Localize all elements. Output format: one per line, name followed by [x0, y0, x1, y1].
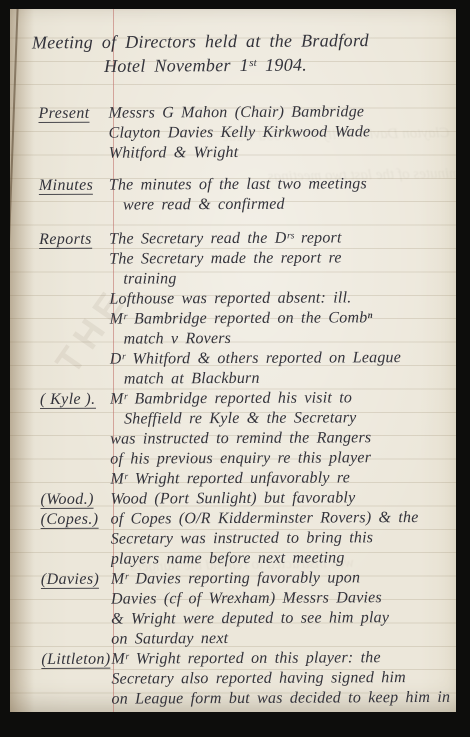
- row-text: on League form but was decided to keep h…: [111, 688, 456, 710]
- row-text: The Secretary made the report re: [109, 248, 455, 270]
- row-text: Mʳ Wright reported on this player: the: [111, 648, 456, 670]
- row-text: were read & confirmed: [109, 194, 455, 216]
- minutes-row: training: [10, 268, 455, 290]
- row-text: The minutes of the last two meetings: [109, 174, 455, 196]
- minutes-row: match v Rovers: [10, 328, 456, 350]
- row-margin-label: Present: [10, 104, 109, 125]
- row-text: The Secretary read the Dʳˢ report: [109, 228, 455, 250]
- minutes-row: (Littleton) Mʳ Wright reported on this p…: [11, 648, 456, 670]
- row-margin-label: [10, 144, 109, 165]
- meeting-heading: Meeting of Directors held at the Bradfor…: [32, 28, 452, 79]
- row-margin-label: [11, 630, 111, 651]
- minutes-row: Mʳ Bambridge reported on the Combⁿ: [10, 308, 456, 330]
- row-margin-label: [10, 350, 110, 371]
- row-text: Davies (cf of Wrexham) Messrs Davies: [111, 588, 456, 610]
- row-margin-label: [10, 450, 110, 471]
- minutes-row: Present Messrs G Mahon (Chair) Bambridge: [10, 102, 455, 124]
- row-text: Mʳ Davies reporting favorably upon: [111, 568, 456, 590]
- row-text: of his previous enquiry re this player: [110, 448, 456, 470]
- minutes-row: The Secretary made the report re: [10, 248, 455, 270]
- row-text: Clayton Davies Kelly Kirkwood Wade: [109, 122, 455, 144]
- row-margin-label: (Wood.): [10, 490, 110, 511]
- minutes-row: Reports The Secretary read the Dʳˢ repor…: [10, 228, 455, 250]
- row-text: of Copes (O/R Kidderminster Rovers) & th…: [111, 508, 456, 530]
- minutes-row: were read & confirmed: [10, 194, 455, 216]
- row-text: players name before next meeting: [111, 548, 456, 570]
- minutes-row: Minutes The minutes of the last two meet…: [10, 174, 455, 196]
- minutes-row: Sheffield re Kyle & the Secretary: [10, 408, 456, 430]
- row-margin-label: Reports: [10, 230, 109, 251]
- row-margin-label: [11, 590, 111, 611]
- minutes-row: Clayton Davies Kelly Kirkwood Wade: [10, 122, 455, 144]
- row-text: match v Rovers: [110, 328, 456, 350]
- row-text: Messrs G Mahon (Chair) Bambridge: [108, 102, 454, 124]
- minutes-row: match at Blackburn: [10, 368, 456, 390]
- row-margin-label: [11, 550, 111, 571]
- row-text: Dʳ Whitford & others reported on League: [110, 348, 456, 370]
- row-margin-label: [10, 470, 110, 491]
- row-margin-label: [11, 610, 111, 631]
- row-text: Mʳ Bambridge reported on the Combⁿ: [109, 308, 455, 330]
- row-text: match at Blackburn: [110, 368, 456, 390]
- notebook-page: THE Clayton Davies Kelly Kirkwood Wade T…: [10, 9, 456, 712]
- heading-line-2: Hotel November 1ˢᵗ 1904.: [32, 52, 452, 79]
- heading-line-1: Meeting of Directors held at the Bradfor…: [32, 30, 369, 52]
- minutes-row: Secretary was instructed to bring this: [11, 528, 456, 550]
- row-text: Sheffield re Kyle & the Secretary: [110, 408, 456, 430]
- minutes-rows: Present Messrs G Mahon (Chair) Bambridge…: [10, 102, 456, 710]
- row-margin-label: [10, 290, 109, 311]
- minutes-row: Lofthouse was reported absent: ill.: [10, 288, 455, 310]
- row-margin-label: Minutes: [10, 176, 109, 197]
- row-text: Lofthouse was reported absent: ill.: [109, 288, 455, 310]
- row-margin-label: [10, 124, 109, 145]
- minutes-row: on Saturday next: [11, 628, 456, 650]
- row-margin-label: (Davies): [11, 570, 111, 591]
- row-text: Secretary was instructed to bring this: [111, 528, 456, 550]
- minutes-row: Secretary also reported having signed hi…: [11, 668, 456, 690]
- row-text: on Saturday next: [111, 628, 456, 650]
- scanned-photo-frame: THE Clayton Davies Kelly Kirkwood Wade T…: [0, 0, 470, 737]
- row-margin-label: [10, 196, 109, 217]
- row-text: training: [109, 268, 455, 290]
- minutes-row: ( Kyle ). Mʳ Bambridge reported his visi…: [10, 388, 456, 410]
- row-margin-label: [10, 250, 109, 271]
- minutes-row: Dʳ Whitford & others reported on League: [10, 348, 456, 370]
- minutes-row: (Copes.) of Copes (O/R Kidderminster Rov…: [11, 508, 456, 530]
- row-text: Mʳ Bambridge reported his visit to: [110, 388, 456, 410]
- minutes-row: Mʳ Wright reported unfavorably re: [10, 468, 456, 490]
- row-margin-label: (Copes.): [11, 510, 111, 531]
- minutes-row: Whitford & Wright: [10, 142, 455, 164]
- row-margin-label: [10, 330, 110, 351]
- row-margin-label: [10, 370, 110, 391]
- row-text: Whitford & Wright: [109, 142, 455, 164]
- row-margin-label: [10, 410, 110, 431]
- minutes-row: on League form but was decided to keep h…: [11, 688, 456, 710]
- row-margin-label: ( Kyle ).: [10, 390, 110, 411]
- row-text: Wood (Port Sunlight) but favorably: [110, 488, 456, 510]
- row-text: Mʳ Wright reported unfavorably re: [110, 468, 456, 490]
- row-text: & Wright were deputed to see him play: [111, 608, 456, 630]
- row-margin-label: (Littleton): [11, 650, 111, 671]
- row-margin-label: [11, 690, 111, 711]
- row-margin-label: [10, 310, 110, 331]
- row-text: Secretary also reported having signed hi…: [111, 668, 456, 690]
- minutes-row: players name before next meeting: [11, 548, 456, 570]
- row-margin-label: [10, 430, 110, 451]
- row-margin-label: [10, 270, 109, 291]
- row-text: was instructed to remind the Rangers: [110, 428, 456, 450]
- row-margin-label: [11, 670, 111, 691]
- row-margin-label: [11, 530, 111, 551]
- minutes-row: & Wright were deputed to see him play: [11, 608, 456, 630]
- minutes-row: (Wood.) Wood (Port Sunlight) but favorab…: [10, 488, 456, 510]
- minutes-row: (Davies) Mʳ Davies reporting favorably u…: [11, 568, 456, 590]
- minutes-row: of his previous enquiry re this player: [10, 448, 456, 470]
- minutes-row: Davies (cf of Wrexham) Messrs Davies: [11, 588, 456, 610]
- minutes-row: was instructed to remind the Rangers: [10, 428, 456, 450]
